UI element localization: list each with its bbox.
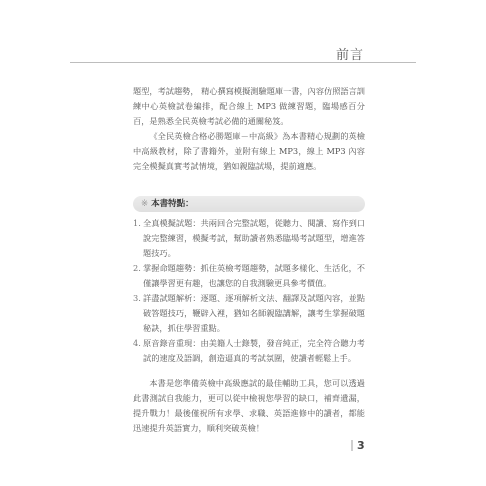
reference-mark-icon: ※ — [141, 197, 148, 212]
feature-number: 3. — [133, 291, 143, 336]
features-list: 1. 全真模擬試題：共兩回合完整試題，從聽力、閱讀、寫作到口說完整練習，模擬考試… — [133, 216, 365, 366]
intro-paragraph-1: 題型，考試趨勢， 精心撰寫模擬測驗題庫一書，內容仿照語言訓練中心英檢試卷編排，配… — [133, 84, 365, 129]
feature-item: 2. 掌握命題趨勢：抓住英檢考題趨勢，試題多樣化、生活化，不僅讓學習更有趣，也讓… — [133, 261, 365, 291]
page-content: 題型，考試趨勢， 精心撰寫模擬測驗題庫一書，內容仿照語言訓練中心英檢試卷編排，配… — [133, 84, 365, 436]
feature-number: 4. — [133, 336, 143, 366]
feature-item: 1. 全真模擬試題：共兩回合完整試題，從聽力、閱讀、寫作到口說完整練習，模擬考試… — [133, 216, 365, 261]
page-title: 前言 — [336, 44, 364, 63]
feature-text: 掌握命題趨勢：抓住英檢考題趨勢，試題多樣化、生活化，不僅讓學習更有趣，也讓您的自… — [143, 261, 365, 291]
page-header: 前言 — [70, 44, 416, 63]
features-heading: 本書特點： — [151, 197, 194, 212]
closing-paragraph: 本書是您準備英檢中高級應試的最佳輔助工具，您可以透過此書測試自我能力，更可以從中… — [133, 376, 365, 436]
page-number: 3 — [351, 439, 365, 452]
feature-item: 3. 詳盡試題解析：逐題、逐項解析文法、翻譯及試題內容，並點破答題技巧，鞭辟入裡… — [133, 291, 365, 336]
intro-paragraph-2: 《全民英檢合格必勝題庫－中高級》為本書精心規劃的英檢中高級教材，除了書籍外，並附… — [133, 129, 365, 174]
feature-item: 4. 原音錄音重現：由美籍人士錄製，發音純正，完全符合聽力考試的速度及語調，創造… — [133, 336, 365, 366]
feature-number: 1. — [133, 216, 143, 261]
feature-text: 原音錄音重現：由美籍人士錄製，發音純正，完全符合聽力考試的速度及語調，創造逼真的… — [143, 336, 365, 366]
feature-text: 詳盡試題解析：逐題、逐項解析文法、翻譯及試題內容，並點破答題技巧，鞭辟入裡，猶如… — [143, 291, 365, 336]
feature-number: 2. — [133, 261, 143, 291]
page-number-value: 3 — [357, 439, 365, 452]
features-banner: ※ 本書特點： — [133, 196, 365, 212]
page-number-bar — [351, 440, 353, 451]
feature-text: 全真模擬試題：共兩回合完整試題，從聽力、閱讀、寫作到口說完整練習，模擬考試，幫助… — [143, 216, 365, 261]
